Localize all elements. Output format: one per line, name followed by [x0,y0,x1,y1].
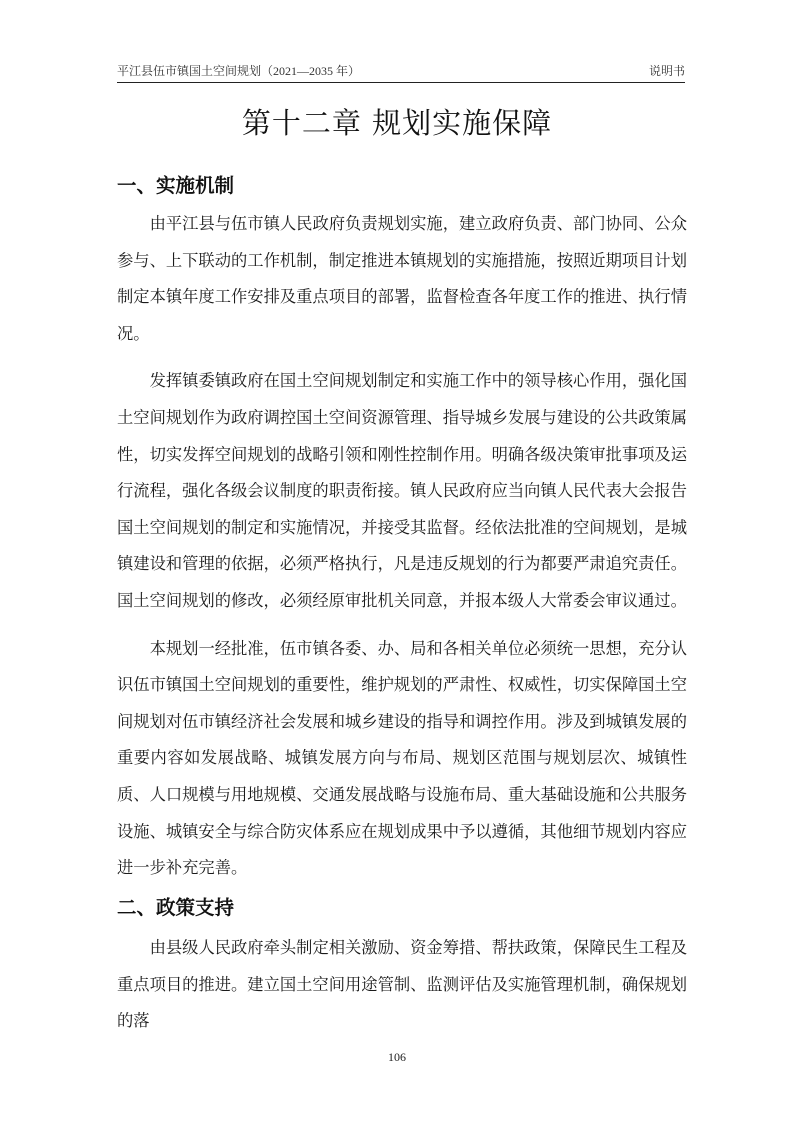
paragraph: 由平江县与伍市镇人民政府负责规划实施，建立政府负责、部门协同、公众参与、上下联动… [117,206,687,352]
header-document-title: 平江县伍市镇国土空间规划（2021—2035 年） [117,62,360,80]
section-heading-policy-support: 二、政策支持 [117,894,234,922]
document-page: 平江县伍市镇国土空间规划（2021—2035 年） 说明书 第十二章 规划实施保… [0,0,794,1122]
page-number: 106 [0,1050,794,1065]
section-body-policy-support: 由县级人民政府牵头制定相关激励、资金筹措、帮扶政策，保障民生工程及重点项目的推进… [117,930,687,1040]
chapter-title: 第十二章 规划实施保障 [0,103,794,143]
paragraph: 由县级人民政府牵头制定相关激励、资金筹措、帮扶政策，保障民生工程及重点项目的推进… [117,930,687,1040]
paragraph: 本规划一经批准，伍市镇各委、办、局和各相关单位必须统一思想，充分认识伍市镇国土空… [117,631,687,887]
section-body-implementation-mechanism: 由平江县与伍市镇人民政府负责规划实施，建立政府负责、部门协同、公众参与、上下联动… [117,206,687,887]
running-header: 平江县伍市镇国土空间规划（2021—2035 年） 说明书 [117,62,685,83]
section-heading-implementation-mechanism: 一、实施机制 [117,172,234,200]
paragraph: 发挥镇委镇政府在国土空间规划制定和实施工作中的领导核心作用，强化国土空间规划作为… [117,363,687,619]
header-document-type: 说明书 [649,62,685,80]
